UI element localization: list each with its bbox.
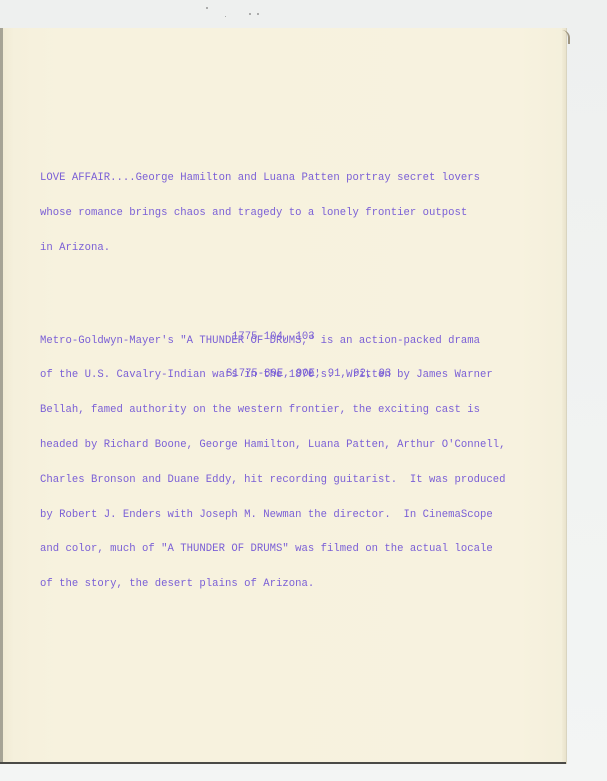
reference-numbers: 1775-104, 103 S1775-89E, 90E, 91, 92, 93 [226,306,391,393]
text-line: and color, much of "A THUNDER OF DRUMS" … [40,544,570,556]
text-line: whose romance brings chaos and tragedy t… [40,208,570,220]
text-line: LOVE AFFAIR....George Hamilton and Luana… [40,173,570,185]
text-line: Bellah, famed authority on the western f… [40,405,570,417]
reference-line: 1775-104, 103 [226,331,391,343]
text-line: in Arizona. [40,243,570,255]
text-line: by Robert J. Enders with Joseph M. Newma… [40,510,570,522]
text-line: Charles Bronson and Duane Eddy, hit reco… [40,475,570,487]
reference-line: S1775-89E, 90E, 91, 92, 93 [226,368,391,380]
text-line: headed by Richard Boone, George Hamilton… [40,440,570,452]
caption-paragraph: LOVE AFFAIR....George Hamilton and Luana… [40,150,570,278]
dust-speck [225,16,226,17]
dust-speck [206,7,208,9]
text-line: of the story, the desert plains of Arizo… [40,579,570,591]
dust-speck [249,13,251,15]
dust-speck [257,13,259,15]
